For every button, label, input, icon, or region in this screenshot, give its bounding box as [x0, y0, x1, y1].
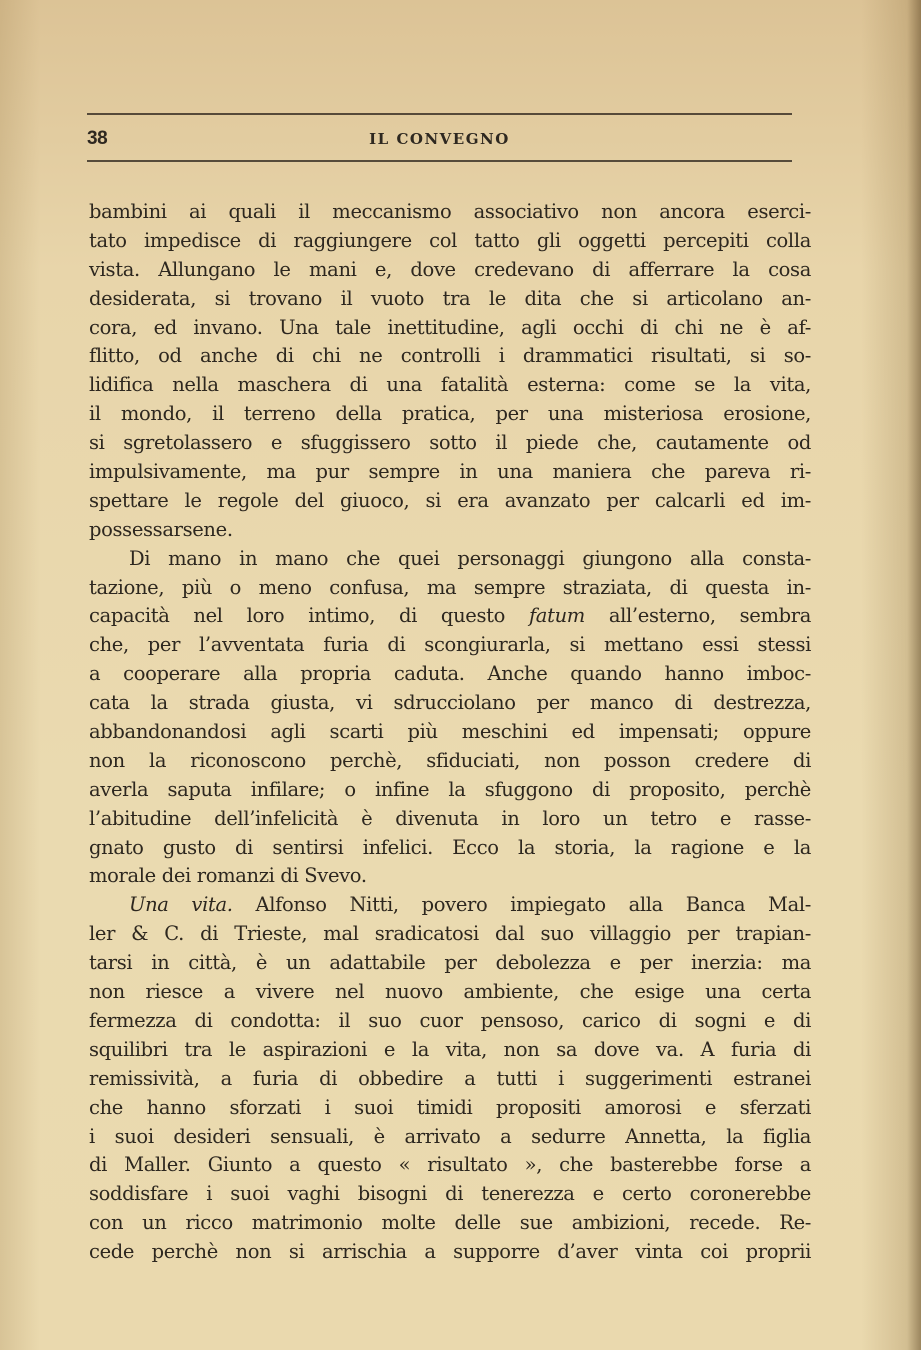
text-line: con un ricco matrimonio molte delle sue …	[89, 1209, 811, 1238]
text-line: di Maller. Giunto a questo « risultato »…	[89, 1151, 811, 1180]
text-line: abbandonandosi agli scarti più meschini …	[89, 718, 811, 747]
italic-term-fatum: fatum	[529, 604, 585, 627]
text-line: tarsi in città, è un adattabile per debo…	[89, 949, 811, 978]
text-line: spettare le regole del giuoco, si era av…	[89, 487, 811, 516]
text-line: lidifica nella maschera di una fatalità …	[89, 371, 811, 400]
header-rule-bottom	[87, 160, 792, 162]
text-line: desiderata, si trovano il vuoto tra le d…	[89, 285, 811, 314]
text-line: si sgretolassero e sfuggissero sotto il …	[89, 429, 811, 458]
italic-title-una-vita: Una vita.	[129, 893, 233, 916]
text-line: cata la strada giusta, vi sdrucciolano p…	[89, 689, 811, 718]
text-segment: capacità nel loro intimo, di questo	[89, 604, 529, 627]
text-line: remissività, a furia di obbedire a tutti…	[89, 1065, 811, 1094]
text-line: cora, ed invano. Una tale inettitudine, …	[89, 314, 811, 343]
body-text: bambini ai quali il meccanismo associati…	[89, 198, 811, 1267]
text-line: i suoi desideri sensuali, è arrivato a s…	[89, 1123, 811, 1152]
text-line: vista. Allungano le mani e, dove credeva…	[89, 256, 811, 285]
text-line: il mondo, il terreno della pratica, per …	[89, 400, 811, 429]
text-line: cede perchè non si arrischia a supporre …	[89, 1238, 811, 1267]
paragraph-start-line: Una vita. Alfonso Nitti, povero impiegat…	[89, 891, 811, 920]
paragraph-start-line: Di mano in mano che quei personaggi giun…	[89, 545, 811, 574]
text-line: non riesce a vivere nel nuovo ambiente, …	[89, 978, 811, 1007]
text-line: bambini ai quali il meccanismo associati…	[89, 198, 811, 227]
paragraph-end-line: possessarsene.	[89, 516, 811, 545]
text-line: gnato gusto di sentirsi infelici. Ecco l…	[89, 834, 811, 863]
text-line: impulsivamente, ma pur sempre in una man…	[89, 458, 811, 487]
text-segment: Alfonso Nitti, povero impiegato alla Ban…	[233, 893, 811, 916]
text-line: che, per l’avventata furia di scongiurar…	[89, 631, 811, 660]
text-line: l’abitudine dell’infelicità è divenuta i…	[89, 805, 811, 834]
text-line: soddisfare i suoi vaghi bisogni di tener…	[89, 1180, 811, 1209]
text-line: tato impedisce di raggiungere col tatto …	[89, 227, 811, 256]
journal-title: IL CONVEGNO	[87, 130, 792, 148]
text-line: che hanno sforzati i suoi timidi proposi…	[89, 1094, 811, 1123]
text-line: tazione, più o meno confusa, ma sempre s…	[89, 574, 811, 603]
text-line: fermezza di condotta: il suo cuor pensos…	[89, 1007, 811, 1036]
text-line: ler & C. di Trieste, mal sradicatosi dal…	[89, 920, 811, 949]
text-line: non la riconoscono perchè, sfiduciati, n…	[89, 747, 811, 776]
text-line: squilibri tra le aspirazioni e la vita, …	[89, 1036, 811, 1065]
running-head: 38 IL CONVEGNO	[87, 128, 792, 152]
text-line-with-italic: capacità nel loro intimo, di questo fatu…	[89, 602, 811, 631]
text-line: flitto, od anche di chi ne controlli i d…	[89, 342, 811, 371]
book-page: 38 IL CONVEGNO bambini ai quali il mecca…	[0, 0, 921, 1350]
text-segment: all’esterno, sembra	[585, 604, 811, 627]
text-line: averla saputa infilare; o infine la sfug…	[89, 776, 811, 805]
paragraph-end-line: morale dei romanzi di Svevo.	[89, 862, 811, 891]
header-rule-top	[87, 113, 792, 115]
text-line: a cooperare alla propria caduta. Anche q…	[89, 660, 811, 689]
